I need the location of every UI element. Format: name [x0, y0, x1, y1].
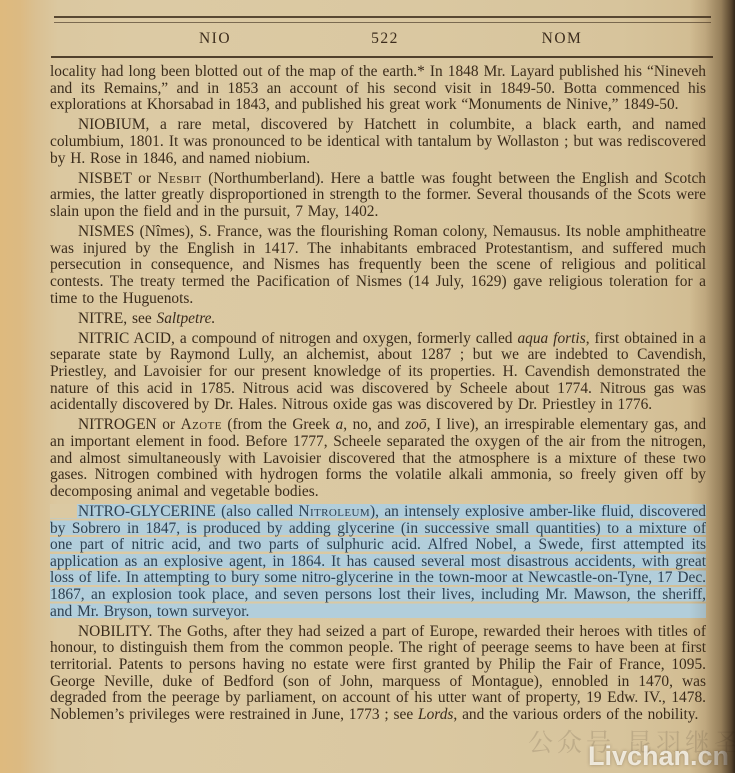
- entry-continuation-nineveh: locality had long been blotted out of th…: [50, 64, 706, 114]
- entry-nitro-glycerine-text: NITRO-GLYCERINE (also called: [78, 503, 298, 520]
- entry-nitre-text: NITRE, see: [78, 310, 157, 327]
- entry-nismes-text: NISMES (Nîmes), S. France, was the flour…: [50, 223, 706, 306]
- entry-nitric-acid-text: aqua fortis: [517, 330, 585, 347]
- header-top-double-rule: [54, 16, 711, 23]
- entry-nitro-glycerine: NITRO-GLYCERINE (also called Nitroleum),…: [50, 504, 706, 620]
- entry-nobility-text: , and the various orders of the nobility…: [453, 706, 698, 723]
- watermark-livchan: Livchan.cn: [588, 741, 729, 772]
- entry-nitrogen-text: , no, and: [343, 416, 405, 433]
- entry-nitrogen-text: Azote: [181, 416, 222, 433]
- entry-nitrogen: NITROGEN or Azote (from the Greek a, no,…: [50, 417, 706, 500]
- entry-nitrogen-text: zoō: [405, 416, 426, 433]
- entry-nitre: NITRE, see Saltpetre.: [50, 311, 706, 328]
- header-bottom-rule: [51, 56, 713, 58]
- entry-nisbet-text: Nesbit: [158, 170, 202, 187]
- book-page: NIO 522 NOM locality had long been blott…: [0, 0, 735, 773]
- entry-nismes: NISMES (Nîmes), S. France, was the flour…: [50, 224, 706, 307]
- entry-nitrogen-text: (from the Greek: [222, 416, 336, 433]
- entry-continuation-nineveh-text: locality had long been blotted out of th…: [50, 64, 706, 113]
- entry-nitre-text: Saltpetre.: [157, 310, 216, 327]
- header-guide-word-right: NOM: [532, 30, 592, 48]
- entry-nisbet-text: NISBET or: [78, 170, 158, 187]
- entry-nisbet: NISBET or Nesbit (Northumberland). Here …: [50, 171, 706, 221]
- entry-nobility-text: Lords: [418, 706, 453, 723]
- entry-niobium-text: NIOBIUM, a rare metal, discovered by Hat…: [50, 116, 706, 166]
- entry-nitrogen-text: NITROGEN or: [78, 416, 181, 433]
- entry-nitro-glycerine-text: ), an intensely explosive amber-like flu…: [50, 503, 706, 620]
- entry-nitro-glycerine-text: Nitroleum: [298, 503, 370, 520]
- header-guide-word-left: NIO: [185, 30, 245, 48]
- entry-niobium: NIOBIUM, a rare metal, discovered by Hat…: [50, 117, 706, 167]
- header-page-number: 522: [355, 30, 415, 48]
- entry-nobility: NOBILITY. The Goths, after they had seiz…: [50, 624, 706, 724]
- entry-nitric-acid: NITRIC ACID, a compound of nitrogen and …: [50, 331, 706, 414]
- article: locality had long been blotted out of th…: [50, 64, 706, 771]
- entry-nitric-acid-text: NITRIC ACID, a compound of nitrogen and …: [78, 330, 517, 347]
